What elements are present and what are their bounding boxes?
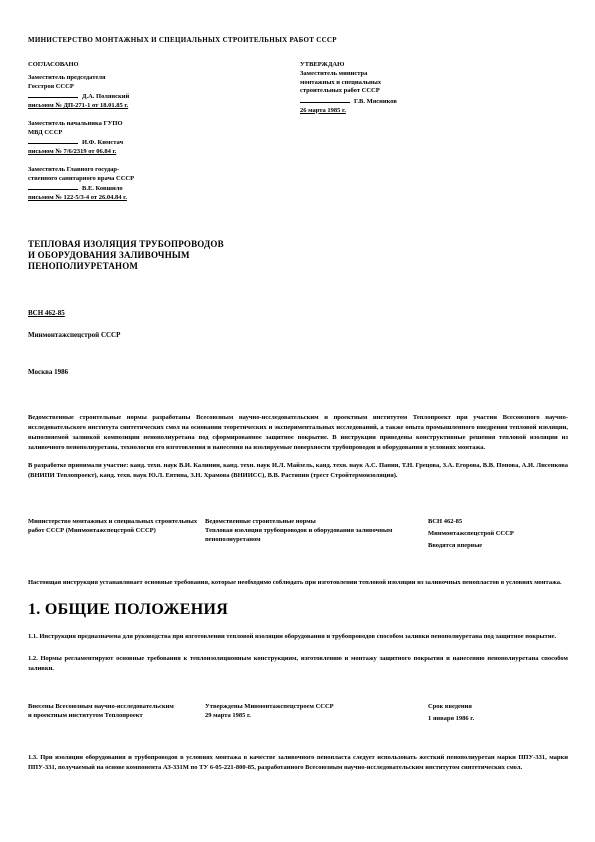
agreed-entry-sanvrach: Заместитель Главного государ- ственного …	[28, 166, 300, 203]
stamp-ministry-text: Министерство монтажных и специальных стр…	[28, 517, 200, 535]
signature-line	[28, 91, 78, 98]
stamp-norm-title: Тепловая изоляция трубопроводов и оборуд…	[205, 526, 401, 544]
agreed-column: СОГЛАСОВАНО Заместитель председателя Гос…	[28, 61, 300, 212]
agreement-letter-ref: письмом № 7/6/2319 от 06.84 г.	[28, 148, 300, 157]
signature-line	[300, 96, 350, 103]
agreed-role-line: Заместитель начальника ГУПО	[28, 120, 300, 129]
stamp-ministry-cell: Министерство монтажных и специальных стр…	[28, 517, 200, 553]
agreement-letter-ref: письмом № 122-5/3-4 от 26.04.84 г.	[28, 194, 300, 203]
document-title-line: И ОБОРУДОВАНИЯ ЗАЛИВОЧНЫМ	[28, 250, 568, 261]
approved-label: УТВЕРЖДАЮ	[300, 61, 568, 70]
effective-date-cell: Срок введения 1 января 1986 г.	[428, 702, 568, 726]
agreed-role-line: Заместитель председателя	[28, 74, 300, 83]
approvals-block: СОГЛАСОВАНО Заместитель председателя Гос…	[28, 61, 568, 212]
issuing-organization: Минмонтажспецстрой СССР	[28, 331, 568, 339]
scope-paragraph: Настоящая инструкция устанавливает основ…	[28, 578, 568, 588]
agreed-role-line: ственного санитарного врача СССР	[28, 175, 300, 184]
intro-paragraph-1: Ведомственные строительные нормы разрабо…	[28, 413, 568, 453]
clause-1-3: 1.3. При изоляции оборудования и трубопр…	[28, 753, 568, 773]
stamp-norm-kind: Ведомственные строительные нормы	[205, 517, 401, 526]
stamp-org: Минмонтажспецстрой СССР	[428, 529, 568, 538]
signature-row: И.Ф. Кимстач	[28, 137, 300, 148]
stamp-code-cell: ВСН 462-85 Минмонтажспецстрой СССР Вводя…	[428, 517, 568, 553]
submitted-by-line: и проектным институтом Теплопроект	[28, 711, 200, 720]
approved-by-cell: Утверждены Минмонтажспецстроем СССР 29 м…	[205, 702, 401, 726]
stamp-norm-title-cell: Ведомственные строительные нормы Теплова…	[205, 517, 401, 553]
signer-name: И.Ф. Кимстач	[82, 139, 123, 146]
agreed-role-line: Госстроя СССР	[28, 83, 300, 92]
agreed-role-line: Заместитель Главного государ-	[28, 166, 300, 175]
document-code: ВСН 462-85	[28, 309, 568, 317]
document-title-line: ПЕНОПОЛИУРЕТАНОМ	[28, 261, 568, 272]
agreed-entry-gosstroy: Заместитель председателя Госстроя СССР Д…	[28, 74, 300, 111]
approved-column: УТВЕРЖДАЮ Заместитель министра монтажных…	[300, 61, 568, 212]
norm-stamp-table: Министерство монтажных и специальных стр…	[28, 517, 568, 553]
document-title: ТЕПЛОВАЯ ИЗОЛЯЦИЯ ТРУБОПРОВОДОВ И ОБОРУД…	[28, 239, 568, 273]
clause-1-2: 1.2. Нормы регламентируют основные требо…	[28, 654, 568, 674]
approved-by-line: Утверждены Минмонтажспецстроем СССР	[205, 702, 401, 711]
approved-role-line: строительных работ СССР	[300, 87, 568, 96]
section-1-heading: 1. ОБЩИЕ ПОЛОЖЕНИЯ	[28, 601, 568, 619]
signature-line	[28, 137, 78, 144]
approved-role-line: монтажных и специальных	[300, 79, 568, 88]
submitted-by-line: Внесены Всесоюзным научно-исследовательс…	[28, 702, 200, 711]
signature-line	[28, 183, 78, 190]
approval-date: 26 марта 1985 г.	[300, 107, 568, 116]
signature-row: Г.В. Мясников	[300, 96, 568, 107]
city-and-year: Москва 1986	[28, 368, 568, 376]
agreed-label: СОГЛАСОВАНО	[28, 61, 300, 70]
approved-role-line: Заместитель министра	[300, 70, 568, 79]
stamp-first-issue-note: Вводятся впервые	[428, 541, 568, 550]
signature-row: Д.А. Полянский	[28, 91, 300, 102]
approval-date-line: 29 марта 1985 г.	[205, 711, 401, 720]
agreed-role-line: МВД СССР	[28, 129, 300, 138]
agreed-entry-gupo: Заместитель начальника ГУПО МВД СССР И.Ф…	[28, 120, 300, 157]
effective-date-label: Срок введения	[428, 702, 568, 711]
stamp-doc-code: ВСН 462-85	[428, 517, 568, 526]
intro-paragraph-2: В разработке принимали участие: канд. те…	[28, 461, 568, 481]
submitted-by-cell: Внесены Всесоюзным научно-исследовательс…	[28, 702, 200, 726]
signer-name: Г.В. Мясников	[354, 98, 397, 105]
signature-row: В.Е. Ковшило	[28, 183, 300, 194]
document-title-line: ТЕПЛОВАЯ ИЗОЛЯЦИЯ ТРУБОПРОВОДОВ	[28, 239, 568, 250]
ministry-header: МИНИСТЕРСТВО МОНТАЖНЫХ И СПЕЦИАЛЬНЫХ СТР…	[28, 36, 568, 44]
clause-1-1: 1.1. Инструкция предназначена для руково…	[28, 632, 568, 642]
introduction-stamp-table: Внесены Всесоюзным научно-исследовательс…	[28, 702, 568, 726]
agreement-letter-ref: письмом № ДП-271-1 от 18.01.85 г.	[28, 102, 300, 111]
signer-name: В.Е. Ковшило	[82, 185, 123, 192]
signer-name: Д.А. Полянский	[82, 93, 129, 100]
document-page: МИНИСТЕРСТВО МОНТАЖНЫХ И СПЕЦИАЛЬНЫХ СТР…	[0, 0, 595, 842]
effective-date-value: 1 января 1986 г.	[428, 714, 568, 723]
